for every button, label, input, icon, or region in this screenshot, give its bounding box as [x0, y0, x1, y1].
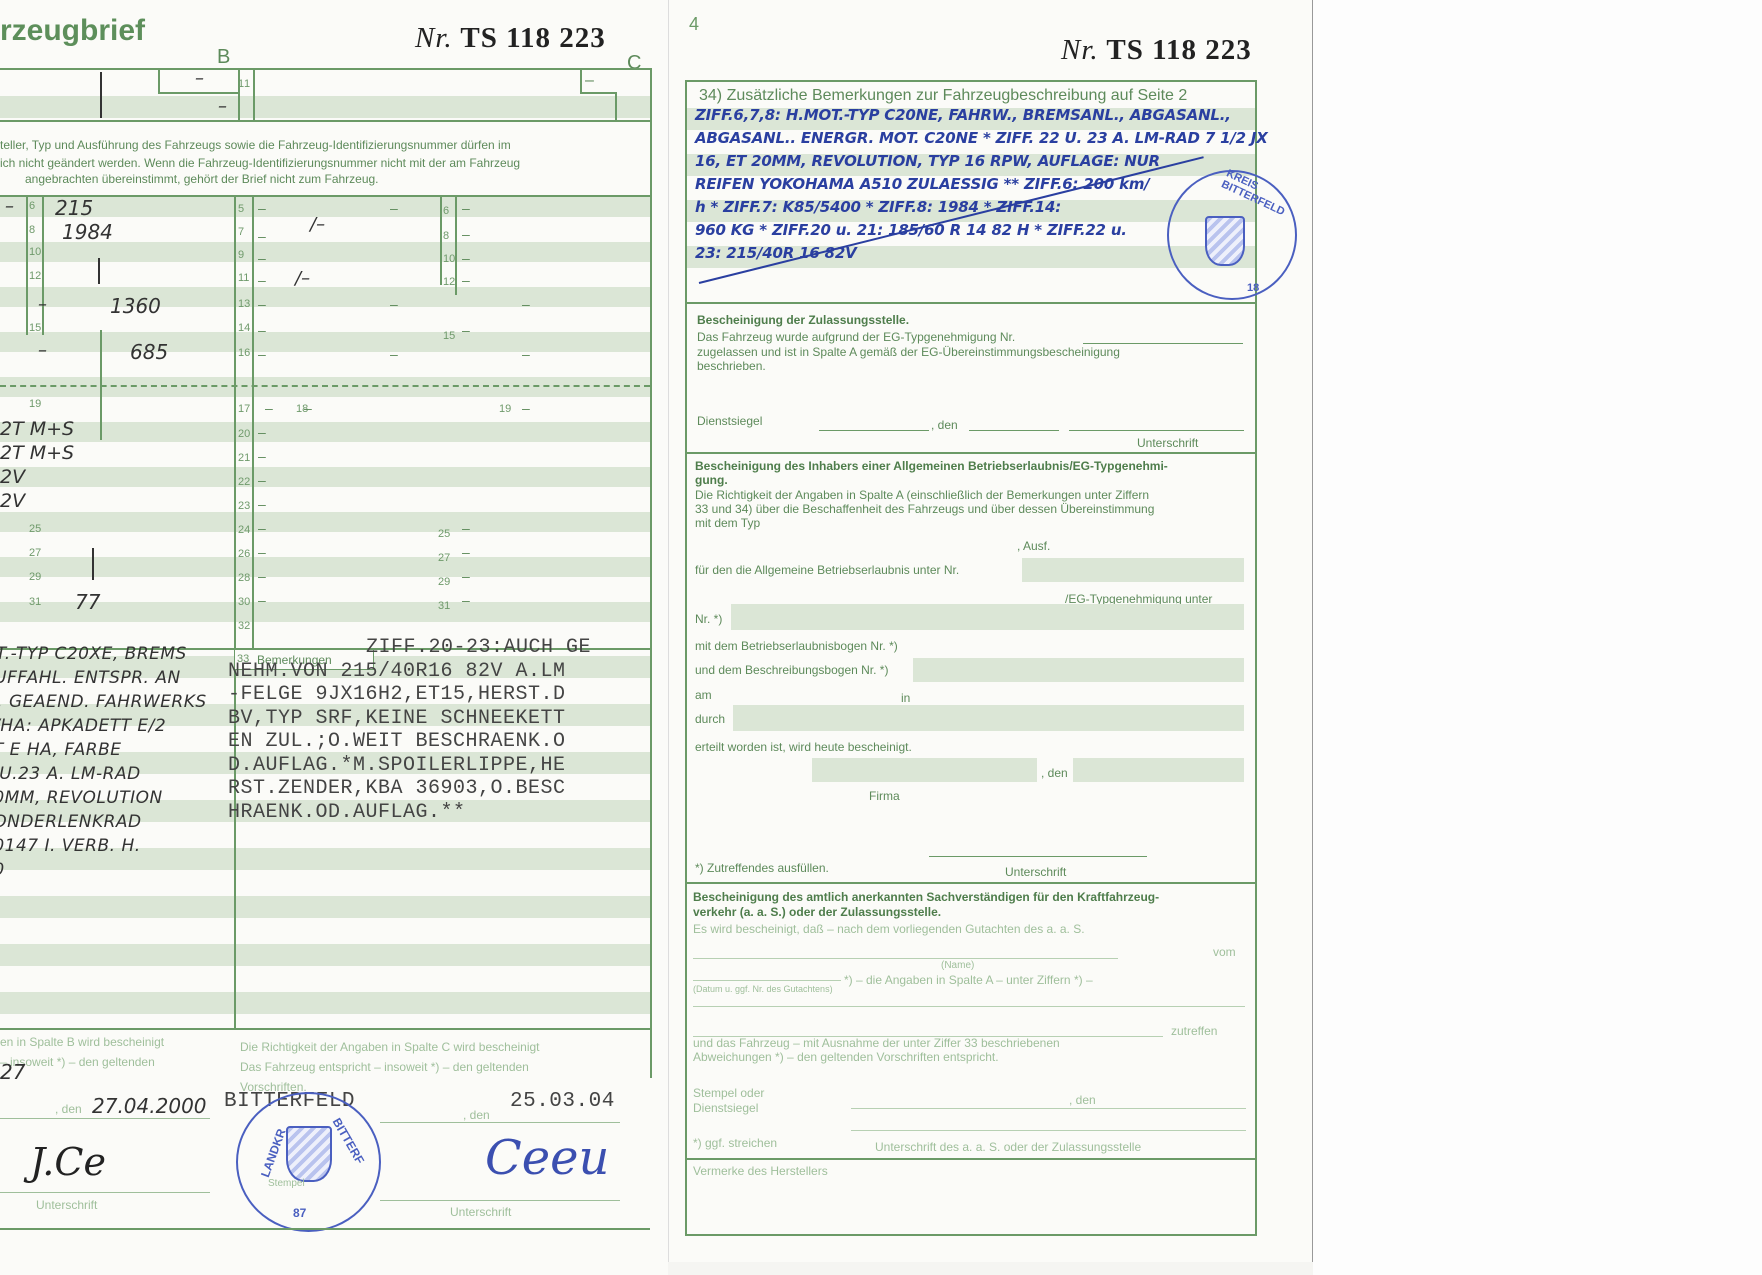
divider [455, 195, 457, 295]
dash-value: – [522, 400, 530, 416]
column-divider [234, 195, 236, 1030]
signature-b: J.Ce [30, 1140, 106, 1184]
dash-value: – [258, 200, 266, 216]
cert-b-den-label: , den [55, 1102, 82, 1116]
eg-number-field[interactable] [731, 604, 1244, 630]
field-21-value: 2T M+S [0, 442, 74, 464]
dash-value: – [195, 68, 204, 89]
inhaber-text-1: Die Richtigkeit der Angaben in Spalte A … [695, 488, 1149, 502]
handwritten-line: 20MM, REVOLUTION [0, 788, 163, 808]
handwritten-line: REIFEN YOKOHAMA A510 ZULAESSIG ** ZIFF.6… [695, 175, 1150, 193]
row-number: 23 [238, 500, 250, 512]
row-band [0, 332, 650, 352]
column-divider [252, 195, 254, 655]
divider [158, 92, 238, 94]
handwritten-line: M. GEAEND. FAHRWERKS [0, 692, 207, 712]
dash-value: – [258, 322, 266, 338]
signature-line [380, 1200, 620, 1201]
handwritten-line: SONDERLENKRAD [0, 812, 142, 832]
row-band [0, 377, 650, 397]
input-line[interactable] [693, 958, 1118, 959]
stamp-number: 18 [1247, 282, 1259, 294]
handwritten-line: 2 U.23 A. LM-RAD [0, 764, 141, 784]
sv-footnote: *) ggf. streichen [693, 1136, 777, 1150]
right-page: 4 Nr. TS 118 223 34) Zusätzliche Bemerku… [668, 0, 1313, 1262]
signature-line[interactable] [929, 856, 1147, 857]
inhaber-abe-label: für den die Allgemeine Betriebserlaubnis… [695, 563, 959, 577]
handwritten-line: 00 [0, 860, 5, 880]
sv-heading-1: Bescheinigung des amtlich anerkannten Sa… [693, 890, 1159, 904]
coat-of-arms-icon [286, 1126, 332, 1182]
handwritten-line: 50147 I. VERB. H. [0, 836, 141, 856]
sv-signature-label: Unterschrift des a. a. S. oder der Zulas… [875, 1140, 1141, 1154]
cert-c-den-label: , den [463, 1108, 490, 1122]
row-number: 13 [238, 298, 250, 310]
divider [0, 120, 650, 122]
blank-area [1313, 0, 1762, 1275]
field-6-value: 215 [55, 196, 93, 220]
row-number: 17 [238, 403, 250, 415]
row-number: 15 [29, 322, 41, 334]
notice-line-2: ich nicht geändert werden. Wenn die Fahr… [0, 156, 520, 170]
signature-line [0, 1192, 210, 1193]
divider [253, 70, 255, 120]
inhaber-den-label: , den [1041, 766, 1068, 780]
handwritten-line: B/HA: APKADETT E/2 [0, 716, 166, 736]
dash-value: – [462, 322, 470, 338]
document-title: rzeugbrief [0, 14, 145, 48]
official-stamp-left: LANDKR BITTERF 87 Stempel [236, 1092, 381, 1232]
typed-line: D.AUFLAG.*M.SPOILERLIPPE,HE [228, 754, 566, 777]
dash-value: – [258, 272, 266, 288]
stamp-ring-text: LANDKR [258, 1127, 288, 1179]
date-field[interactable] [1073, 758, 1244, 782]
row-number: 10 [443, 253, 455, 265]
handwritten-stroke [100, 72, 102, 118]
durch-field[interactable] [733, 705, 1244, 731]
page-number: 4 [689, 14, 699, 35]
inhaber-firma-label: Firma [869, 789, 900, 803]
row-number: 12 [29, 270, 41, 282]
field-13-value: 1360 [110, 294, 161, 318]
dash-value: – [462, 568, 470, 584]
dash-value: – [258, 448, 266, 464]
row-number: 32 [238, 620, 250, 632]
beschreibung-field[interactable] [913, 658, 1244, 682]
inhaber-am-label: am [695, 688, 712, 702]
handwritten-line: TT E HA, FARBE [0, 740, 121, 760]
divider [0, 1228, 650, 1230]
row-number: 24 [238, 524, 250, 536]
inhaber-signature-label: Unterschrift [1005, 865, 1066, 879]
dash-value: – [38, 294, 47, 315]
sv-name-label: (Name) [941, 960, 974, 971]
cert-b-line-1: en in Spalte B wird bescheinigt [0, 1035, 164, 1049]
divider [685, 302, 1257, 304]
dash-value: – [258, 520, 266, 536]
sv-text-1: Es wird bescheinigt, daß – nach dem vorl… [693, 922, 1085, 936]
typed-line: HRAENK.OD.AUFLAG.** [228, 801, 466, 824]
inhaber-nr-label: Nr. *) [695, 612, 722, 626]
divider [685, 452, 1257, 454]
inhaber-heading-2: gung. [695, 473, 728, 487]
field-16-value: 685 [130, 340, 168, 364]
field-11-value: /– [295, 268, 310, 289]
sv-stempel-label-2: Dienstsiegel [693, 1101, 758, 1115]
dash-value: – [462, 520, 470, 536]
number-value: TS 118 223 [460, 22, 605, 54]
cert-c-line-1: Die Richtigkeit der Angaben in Spalte C … [240, 1040, 540, 1054]
row-number: 25 [29, 523, 41, 535]
field-20-value: 2T M+S [0, 418, 74, 440]
dash-value: – [258, 592, 266, 608]
hersteller-label: Vermerke des Herstellers [693, 1164, 828, 1178]
notice-line-1: teller, Typ und Ausführung des Fahrzeugs… [0, 138, 511, 152]
column-b-label: B [217, 46, 230, 69]
dash-value: – [258, 568, 266, 584]
dash-value: – [522, 296, 530, 312]
zulassung-heading: Bescheinigung der Zulassungsstelle. [697, 313, 909, 327]
row-number: 26 [238, 548, 250, 560]
row-number: 20 [238, 428, 250, 440]
dash-value: – [258, 250, 266, 266]
dash-value: – [462, 226, 470, 242]
firma-field[interactable] [812, 758, 1037, 782]
cert-c-signature-label: Unterschrift [450, 1205, 511, 1219]
dash-value: – [258, 544, 266, 560]
handwritten-stroke [98, 258, 100, 284]
zulassung-text-3: beschrieben. [697, 359, 766, 373]
row-number: 6 [443, 205, 449, 217]
row-band [0, 896, 650, 918]
divider [0, 1028, 650, 1030]
divider [580, 92, 615, 94]
row-number: 21 [238, 452, 250, 464]
stamp-ring-text: KREIS BITTERFELD [1219, 167, 1296, 220]
input-line[interactable] [693, 980, 841, 981]
input-line[interactable] [819, 430, 929, 431]
left-page: rzeugbrief Nr. TS 118 223 B C – – 1 – te… [0, 0, 668, 1275]
row-number: 19 [29, 398, 41, 410]
date-line [380, 1122, 620, 1123]
sv-text-2: und das Fahrzeug – mit Ausnahme der unte… [693, 1036, 1060, 1050]
dash-value: – [462, 200, 470, 216]
dash-value: – [522, 346, 530, 362]
zulassung-text-2: zugelassen und ist in Spalte A gemäß der… [697, 345, 1120, 359]
sv-text-3: Abweichungen *) – den geltenden Vorschri… [693, 1050, 999, 1064]
row-number: 29 [29, 571, 41, 583]
signature-c: Ceeu [485, 1130, 609, 1186]
dash-value: – [390, 346, 398, 362]
row-number: 6 [29, 200, 35, 212]
cert-c-line-2: Das Fahrzeug entspricht – insoweit *) – … [240, 1060, 529, 1074]
typed-line: NEHM.VON 215/40R16 82V A.LM [228, 660, 566, 683]
inhaber-ausf-label: , Ausf. [1017, 539, 1050, 553]
row-number: 10 [29, 246, 41, 258]
typed-line: EN ZUL.;O.WEIT BESCHRAENK.O [228, 730, 566, 753]
row-number: 15 [443, 330, 455, 342]
input-line[interactable] [1083, 343, 1243, 344]
dash-value: – [265, 400, 273, 416]
row-number: 29 [438, 576, 450, 588]
document-number: Nr. TS 118 223 [415, 22, 606, 55]
stamp-number: 87 [293, 1206, 306, 1220]
row-number: 28 [238, 572, 250, 584]
field-23-value: 2V [0, 490, 25, 512]
typed-line: BV,TYP SRF,KEINE SCHNEEKETT [228, 707, 566, 730]
row-number: 19 [499, 403, 511, 415]
sv-stempel-label-1: Stempel oder [693, 1086, 764, 1100]
typed-line: -FELGE 9JX16H2,ET15,HERST.D [228, 683, 566, 706]
dash-value: – [5, 196, 14, 217]
handwritten-line: ABGASANL.. ENERGR. MOT. C20NE * ZIFF. 22… [695, 129, 1268, 147]
input-line[interactable] [693, 1006, 1245, 1007]
number-prefix: Nr. [1061, 34, 1099, 66]
inhaber-beschreibung-label: und dem Beschreibungsbogen Nr. *) [695, 663, 888, 677]
signature-line[interactable] [1069, 430, 1244, 431]
row-number: 9 [238, 249, 244, 261]
row-number: 30 [238, 596, 250, 608]
notice-line-3: angebrachten übereinstimmt, gehört der B… [25, 172, 379, 186]
dash-value: – [462, 544, 470, 560]
row-band [0, 422, 650, 442]
row-band [0, 287, 650, 307]
dash-value: – [462, 250, 470, 266]
inhaber-bogen-label: mit dem Betriebserlaubnisbogen Nr. *) [695, 639, 898, 653]
sv-heading-2: verkehr (a. a. S.) oder der Zulassungsst… [693, 905, 941, 919]
row-number: 5 [238, 203, 244, 215]
row-band [0, 944, 650, 966]
dash-value: – [38, 340, 47, 361]
row-band [0, 992, 650, 1014]
input-line[interactable] [851, 1108, 1246, 1109]
handwritten-line: ZIFF.6,7,8: H.MOT.-TYP C20NE, FAHRW., BR… [695, 106, 1231, 124]
row-number: 27 [29, 547, 41, 559]
dash-value: – [390, 296, 398, 312]
divider [440, 195, 442, 285]
row-band [0, 96, 650, 118]
stamp-ring-text: BITTERF [330, 1116, 367, 1167]
stamp-label: Stempel [268, 1178, 305, 1189]
row-number: 14 [238, 322, 250, 334]
dash-value: – [258, 424, 266, 440]
row-number: 8 [443, 230, 449, 242]
handwritten-line: OT.-TYP C20XE, BREMS [0, 644, 187, 664]
typed-line: ZIFF.20-23:AUCH GE [366, 636, 591, 659]
column-c-label: C [627, 52, 641, 75]
row-band [0, 557, 650, 577]
divider [580, 70, 582, 92]
handwritten-line: 23: 215/40R 16 82V [695, 244, 857, 262]
sv-zutreffen-label: zutreffen [1171, 1024, 1217, 1038]
sv-vom-label: vom [1213, 945, 1236, 959]
divider [26, 195, 28, 335]
field-31-value: 77 [75, 590, 100, 614]
dash-value: – [462, 272, 470, 288]
inhaber-footnote: *) Zutreffendes ausfüllen. [695, 861, 829, 875]
row-number: 11 [238, 272, 249, 284]
zulassung-text-1: Das Fahrzeug wurde aufgrund der EG-Typge… [697, 330, 1015, 344]
row-number: 31 [438, 600, 450, 612]
row-number: 8 [29, 224, 35, 236]
date-line [0, 1118, 210, 1119]
sv-datum-label: (Datum u. ggf. Nr. des Gutachtens) [693, 984, 833, 994]
row-band [0, 512, 650, 532]
number-prefix: Nr. [415, 22, 453, 54]
row-number: 25 [438, 528, 450, 540]
cert-b-date: 27.04.2000 [92, 1094, 207, 1118]
field-7-value: /– [310, 214, 325, 235]
row-number: 31 [29, 596, 41, 608]
typed-line: RST.ZENDER,KBA 36903,O.BESC [228, 777, 566, 800]
sv-den-label: , den [1069, 1093, 1096, 1107]
inhaber-text-3: mit dem Typ [695, 516, 760, 530]
number-value: TS 118 223 [1106, 34, 1251, 66]
inhaber-durch-label: durch [695, 712, 725, 726]
coat-of-arms-icon [1205, 216, 1245, 266]
divider [158, 70, 160, 92]
handwritten-line: AUFFAHL. ENTSPR. AN [0, 668, 181, 688]
input-line[interactable] [969, 430, 1059, 431]
field-22-value: 2V [0, 466, 25, 488]
dash-value: – [462, 592, 470, 608]
inhaber-in-label: in [901, 691, 910, 705]
handwritten-stroke [92, 548, 94, 580]
sv-angaben-label: *) – die Angaben in Spalte A – unter Zif… [844, 973, 1093, 987]
signature-line[interactable] [851, 1130, 1246, 1131]
dash-value: – [304, 400, 312, 416]
cert-b-signature-label: Unterschrift [36, 1198, 97, 1212]
dash-value: – [258, 228, 266, 244]
divider [0, 68, 650, 70]
zulassung-den-label: , den [931, 418, 958, 432]
row-number: 7 [238, 226, 244, 238]
row-number: 27 [438, 552, 450, 564]
zulassung-seal-label: Dienstsiegel [697, 414, 762, 428]
row-number: 16 [238, 347, 250, 359]
dash-value: – [390, 200, 398, 216]
divider [650, 68, 652, 1078]
document-number: Nr. TS 118 223 [1061, 34, 1252, 67]
cert-c-date: 25.03.04 [510, 1090, 615, 1113]
dash-value: – [258, 472, 266, 488]
field-8-value: 1984 [62, 220, 113, 244]
inhaber-text-2: 33 und 34) über die Beschaffenheit des F… [695, 502, 1154, 516]
dash-value: – [258, 496, 266, 512]
row-number: 22 [238, 476, 250, 488]
divider [685, 1158, 1257, 1160]
abe-number-field[interactable] [1022, 558, 1244, 582]
dashed-divider [0, 385, 650, 387]
dash-value: – [218, 96, 227, 117]
cert-b-handwritten: 27 [0, 1060, 25, 1084]
dash-value: – [585, 72, 594, 90]
row-band [0, 467, 650, 487]
section-34-heading: 34) Zusätzliche Bemerkungen zur Fahrzeug… [699, 87, 1187, 105]
row-number: 1 [244, 78, 250, 90]
dash-value: – [258, 296, 266, 312]
official-stamp-right: KREIS BITTERFELD 18 [1167, 170, 1297, 300]
inhaber-erteilt-label: erteilt worden ist, wird heute bescheini… [695, 740, 912, 754]
zulassung-signature-label: Unterschrift [1137, 436, 1198, 450]
inhaber-heading-1: Bescheinigung des Inhabers einer Allgeme… [695, 459, 1168, 473]
row-number: 1 [238, 78, 244, 90]
dash-value: – [258, 346, 266, 362]
row-number: 12 [443, 276, 455, 288]
divider [685, 882, 1257, 884]
handwritten-line: 16, ET 20MM, REVOLUTION, TYP 16 RPW, AUF… [695, 152, 1160, 170]
divider [615, 92, 617, 120]
